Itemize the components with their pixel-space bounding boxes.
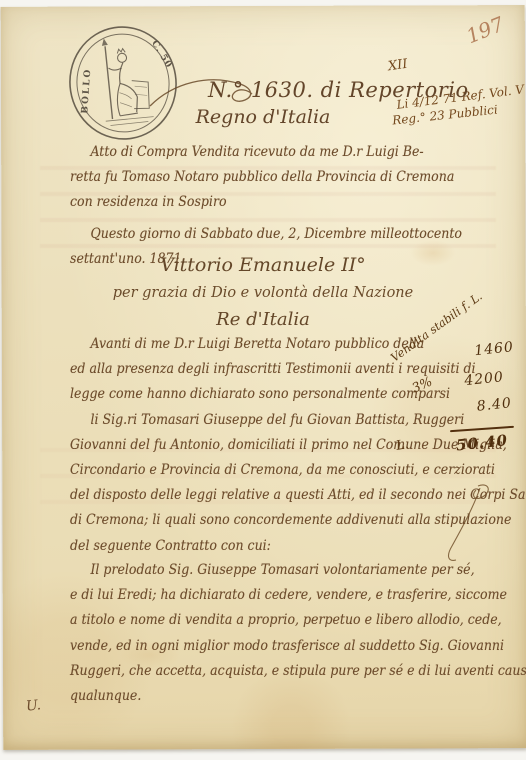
roman-numeral-note: XII (387, 57, 408, 75)
deed-line: Atto di Compra Vendita ricevuto da me D.… (70, 140, 429, 165)
deed-line: Giovanni del fu Antonio, domiciliati il … (70, 433, 429, 458)
deed-line: Il prelodato Sig. Giuseppe Tomasari volo… (70, 558, 429, 583)
repertorio-number: N.° 1630. di Repertorio (208, 78, 469, 102)
deed-line: retta fu Tomaso Notaro pubblico della Pr… (70, 165, 429, 190)
royal-intitulation: Vittorio Emanuele II° per grazia di Dio … (70, 250, 456, 334)
deed-line: a titolo e nome di vendita a proprio, pe… (70, 608, 429, 633)
deed-line: del disposto delle leggi relative a ques… (70, 483, 429, 508)
clerk-initials: U. (25, 697, 42, 714)
king-name-line: Vittorio Emanuele II° (70, 250, 456, 280)
by-grace-line: per grazia di Dio e volontà della Nazion… (70, 280, 456, 306)
paraph-flourish-icon (440, 468, 500, 568)
deed-line: con residenza in Sospiro (70, 190, 429, 215)
deed-line: Ruggeri, che accetta, acquista, e stipul… (70, 659, 429, 684)
regno-ditalia-heading: Regno d'Italia (70, 106, 456, 128)
deed-line: li Sig.ri Tomasari Giuseppe del fu Giova… (70, 408, 429, 433)
margin-small-mark: L. (395, 437, 410, 454)
deed-line: legge come hanno dichiarato sono persona… (70, 382, 429, 407)
re-ditalia-line: Re d'Italia (70, 306, 456, 334)
deed-line: qualunque. (70, 684, 429, 709)
deed-line: vende, ed in ogni miglior modo trasferis… (70, 634, 429, 659)
deed-line: e di lui Eredi; ha dichiarato di cedere,… (70, 583, 429, 608)
paragraph-vendita: Il prelodato Sig. Giuseppe Tomasari volo… (70, 558, 456, 709)
deed-line: Avanti di me D.r Luigi Beretta Notaro pu… (70, 332, 429, 357)
deed-line: del seguente Contratto con cui: (70, 534, 429, 559)
scanned-notarial-deed: BOLLO C. 50 197 XII Li 4/12 71 Ref. Vol.… (0, 0, 526, 760)
deed-line: di Cremona; li quali sono concordemente … (70, 508, 429, 533)
deed-line: Circondario e Provincia di Cremona, da m… (70, 458, 429, 483)
paragraph-atto: Atto di Compra Vendita ricevuto da me D.… (70, 140, 456, 216)
deed-line: Questo giorno di Sabbato due, 2, Dicembr… (70, 222, 429, 247)
deed-line: ed alla presenza degli infrascritti Test… (70, 357, 429, 382)
